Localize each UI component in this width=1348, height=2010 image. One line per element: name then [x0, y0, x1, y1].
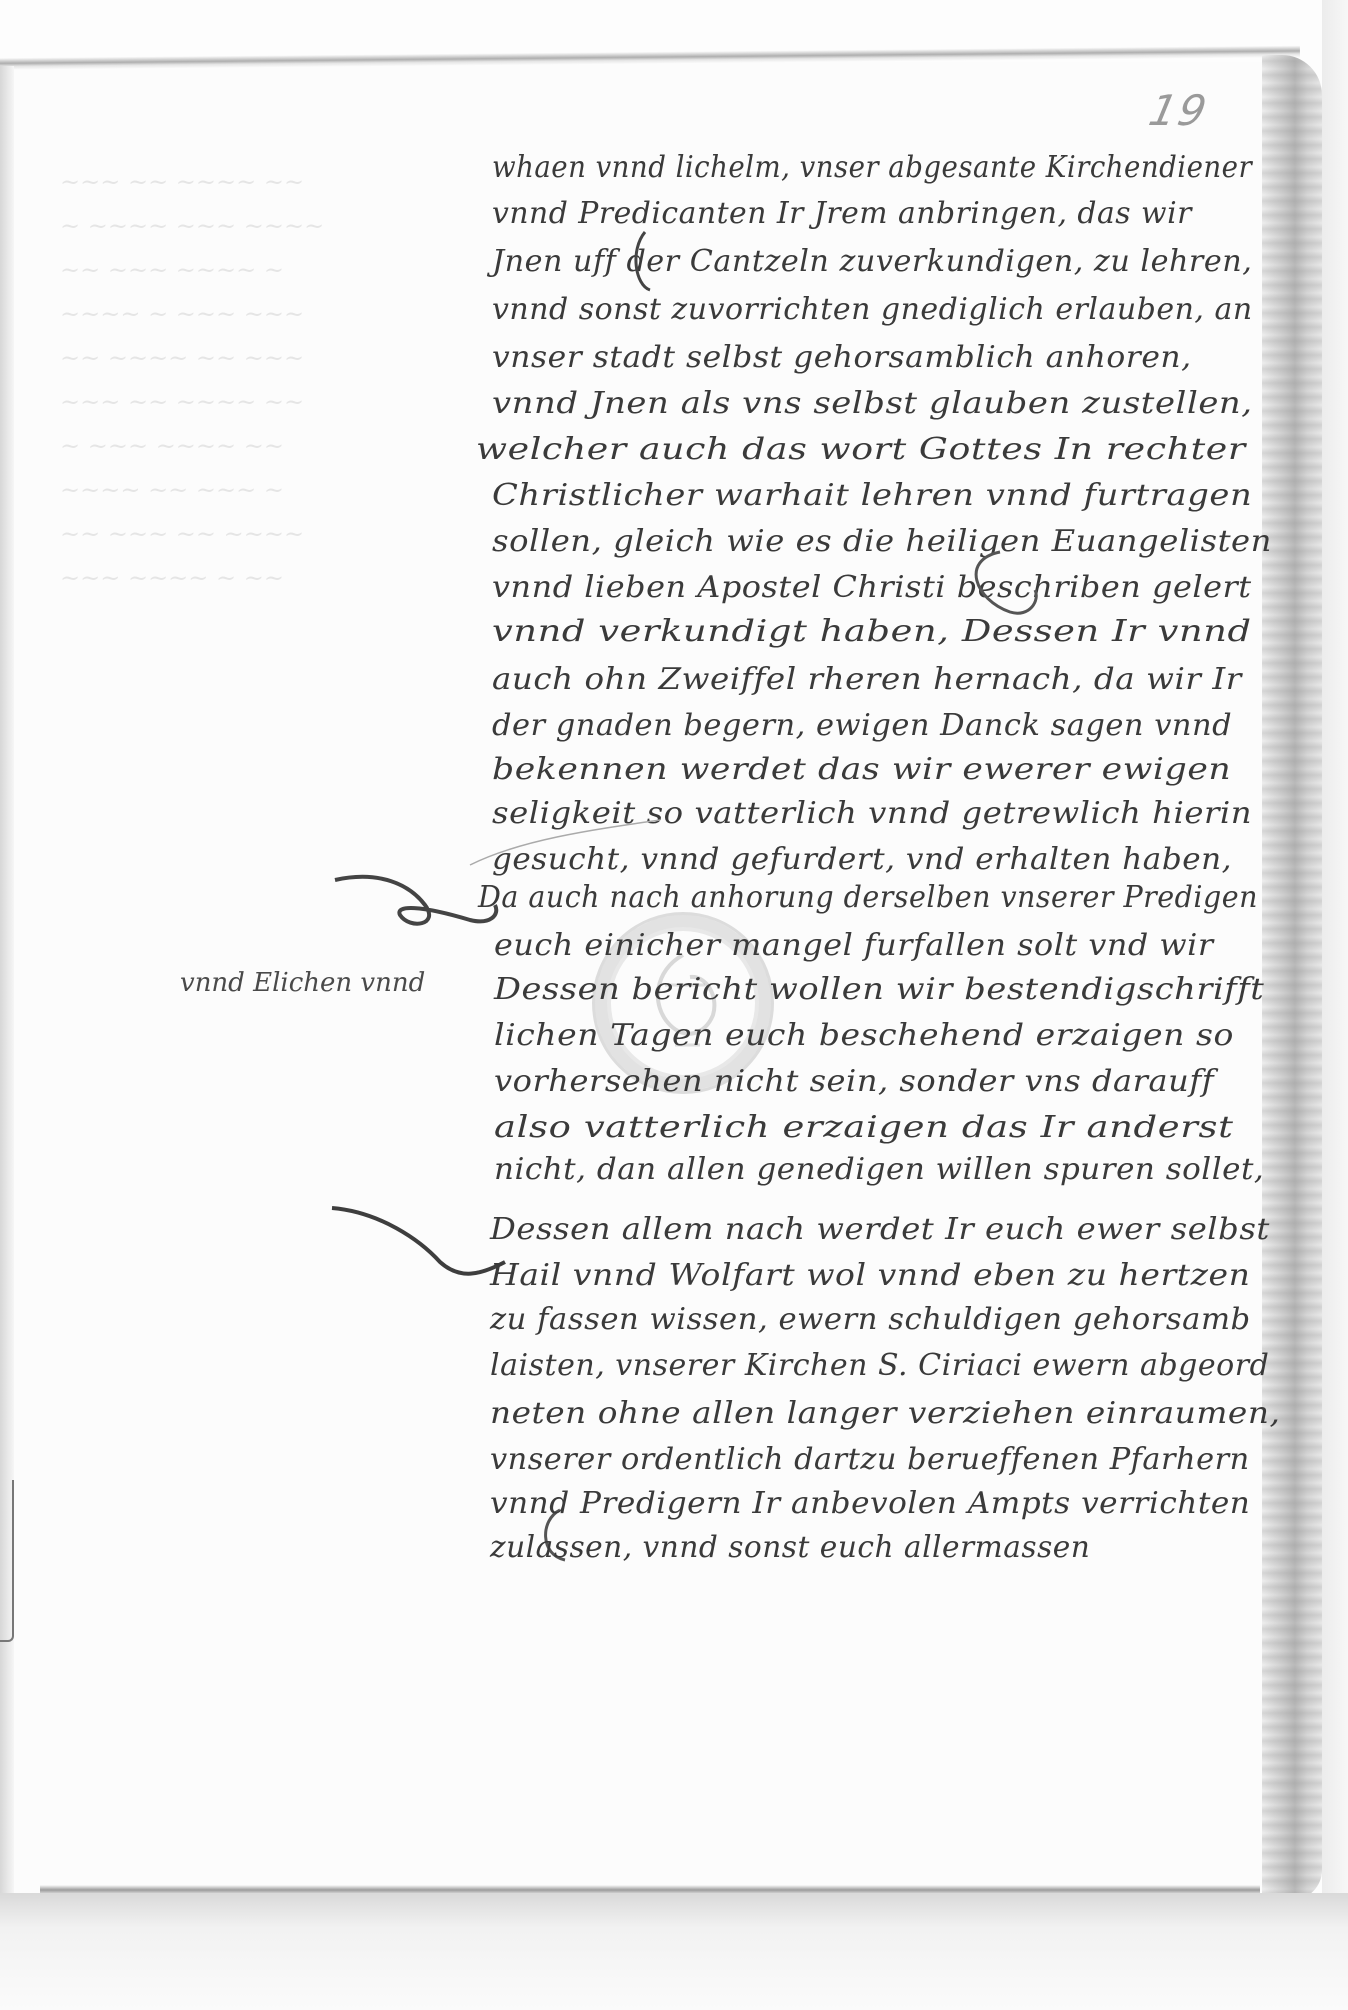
manuscript-line: Da auch nach anhorung derselben vnserer …: [478, 880, 1258, 915]
manuscript-line: vnserer ordentlich dartzu berueffenen Pf…: [490, 1442, 1250, 1477]
manuscript-line: euch einicher mangel furfallen solt vnd …: [494, 928, 1214, 963]
manuscript-line: Dessen allem nach werdet Ir euch ewer se…: [490, 1212, 1270, 1247]
manuscript-line: zulassen, vnnd sonst euch allermassen: [490, 1530, 1090, 1565]
manuscript-line: vorhersehen nicht sein, sonder vns darau…: [494, 1064, 1214, 1099]
manuscript-line: lichen Tagen euch beschehend erzaigen so: [494, 1018, 1234, 1053]
manuscript-line: vnnd Predigern Ir anbevolen Ampts verric…: [490, 1486, 1250, 1521]
manuscript-line: laisten, vnserer Kirchen S. Ciriaci ewer…: [490, 1348, 1269, 1383]
manuscript-line: Dessen bericht wollen wir bestendigschri…: [494, 972, 1264, 1007]
manuscript-line: nicht, dan allen genedigen willen spuren…: [494, 1152, 1264, 1187]
manuscript-line: neten ohne allen langer verziehen einrau…: [490, 1396, 1280, 1431]
marginal-note: vnnd Elichen vnnd: [180, 968, 425, 998]
manuscript-line: zu fassen wissen, ewern schuldigen gehor…: [490, 1302, 1251, 1337]
manuscript-line: also vatterlich erzaigen das Ir anderst: [494, 1110, 1234, 1145]
manuscript-line: Hail vnnd Wolfart wol vnnd eben zu hertz…: [490, 1258, 1250, 1293]
